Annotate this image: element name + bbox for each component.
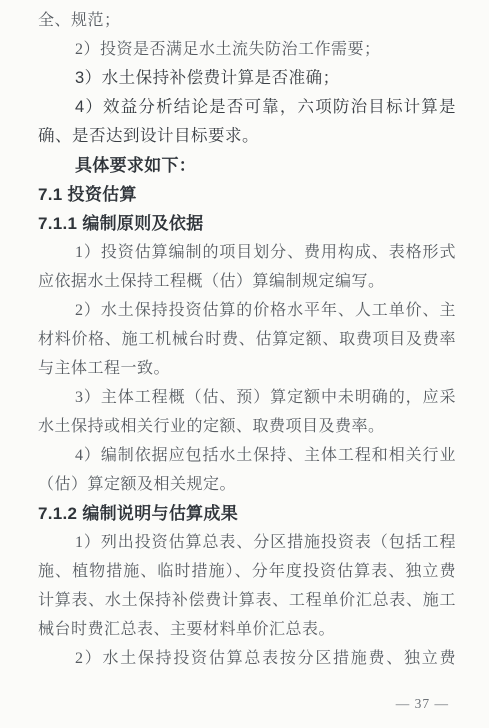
text-line: 与主体工程一致。 [38,354,456,383]
document-page: 全、规范；2）投资是否满足水土流失防治工作需要；3）水土保持补偿费计算是否准确；… [0,0,489,728]
document-content: 全、规范；2）投资是否满足水土流失防治工作需要；3）水土保持补偿费计算是否准确；… [38,6,456,673]
text-line: 材料价格、施工机械台时费、估算定额、取费项目及费率应 [38,325,456,354]
list-item-1: 1）列出投资估算总表、分区措施投资表（包括工程措 [38,528,456,557]
list-item-4: 4）效益分析结论是否可靠，六项防治目标计算是否正 [38,93,456,122]
text-line: 水土保持或相关行业的定额、取费项目及费率。 [38,412,456,441]
list-item-2: 2）水土保持投资估算总表按分区措施费、独立费用、 [38,644,456,673]
page-number: — 37 — [396,696,449,712]
text-line: 确、是否达到设计目标要求。 [38,122,456,151]
list-item-1: 1）投资估算编制的项目划分、费用构成、表格形式等 [38,238,456,267]
text-line: 械台时费汇总表、主要材料单价汇总表。 [38,615,456,644]
list-item-3: 3）主体工程概（估、预）算定额中未明确的，应采用 [38,383,456,412]
text-line: 全、规范； [38,6,456,35]
heading-7-1-1: 7.1.1 编制原则及依据 [38,209,456,238]
list-item-2: 2）投资是否满足水土流失防治工作需要； [38,35,456,64]
list-item-4: 4）编制依据应包括水土保持、主体工程和相关行业概 [38,441,456,470]
heading-7-1-2: 7.1.2 编制说明与估算成果 [38,499,456,528]
text-line: 计算表、水土保持补偿费计算表、工程单价汇总表、施工机 [38,586,456,615]
text-line: 施、植物措施、临时措施）、分年度投资估算表、独立费用 [38,557,456,586]
heading-7-1: 7.1 投资估算 [38,180,456,209]
text-line: 应依据水土保持工程概（估）算编制规定编写。 [38,267,456,296]
list-item-3: 3）水土保持补偿费计算是否准确； [38,64,456,93]
text-line: （估）算定额及相关规定。 [38,470,456,499]
list-item-2: 2）水土保持投资估算的价格水平年、人工单价、主要 [38,296,456,325]
subheading-specific-requirements: 具体要求如下： [38,151,456,180]
